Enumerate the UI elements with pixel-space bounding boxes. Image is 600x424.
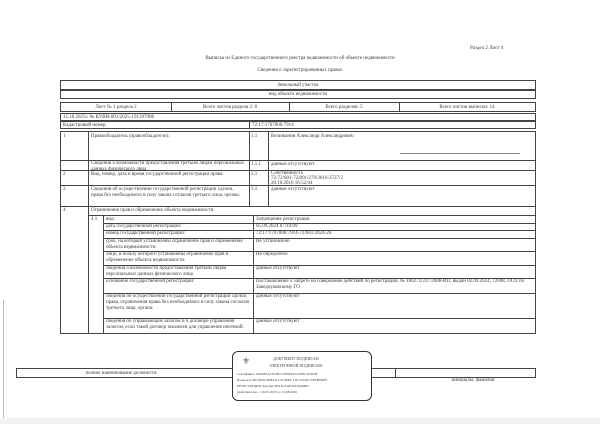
object-type: Земельный участок xyxy=(61,83,535,89)
object-type-box: Земельный участок xyxy=(60,80,536,90)
document-title: Выписка из Единого государственного реес… xyxy=(100,56,500,62)
row-1-label: Правообладатель (правообладатели): xyxy=(91,134,246,140)
row-3-num: 3 xyxy=(63,187,66,193)
restriction-kind-label: вид: xyxy=(106,217,115,223)
total-section-sheets: Всего листов раздела 2: 8 xyxy=(171,105,289,111)
sheet-info-row: Лист № 1 раздела 2 Всего листов раздела … xyxy=(60,102,536,112)
electronic-signature-seal: ⚜ ДОКУМЕНТ ПОДПИСАН ЭЛЕКТРОННОЙ ПОДПИСЬЮ… xyxy=(232,351,372,401)
restrictions-title: Ограничение прав и обременение объекта н… xyxy=(91,208,215,214)
row-1-num: 1 xyxy=(63,134,66,140)
row-4-num: 4 xyxy=(63,208,66,214)
restriction-number-label: номер государственной регистрации: xyxy=(106,231,185,237)
restriction-consent-label: сведения об осуществлении государственно… xyxy=(106,294,252,312)
restriction-kind: Запрещение регистрации xyxy=(256,217,310,223)
seal-owner-cont: РЕГИСТРАЦИИ, КАДАСТРА И КАРТОГРАФИИ xyxy=(237,384,309,388)
cadastral-label: Кадастровый номер: xyxy=(63,123,107,129)
page-edge xyxy=(3,300,4,424)
restriction-pledge: данные отсутствуют xyxy=(256,319,299,325)
sheet-number: Лист № 1 раздела 2 xyxy=(61,105,171,111)
restriction-date-label: дата государственной регистрации: xyxy=(106,224,181,230)
section-sheet-label: Раздел 2 Лист 4 xyxy=(470,46,503,52)
row-3-label: Сведения об осуществлении государственно… xyxy=(91,187,246,199)
restriction-basis: Постановление о запрете на совершение де… xyxy=(256,279,534,291)
seal-line-2: ЭЛЕКТРОННОЙ ПОДПИСЬЮ xyxy=(269,364,323,368)
doc-ref-row: 15.10.2025г. № КУВИ-001/2025-191397908 xyxy=(60,113,536,121)
seal-owner: Владелец: ФЕДЕРАЛЬНАЯ СЛУЖБА ГОСУДАРСТВЕ… xyxy=(237,378,327,382)
object-caption-box: вид объекта недвижимости xyxy=(60,90,536,99)
seal-line-1: ДОКУМЕНТ ПОДПИСАН xyxy=(273,357,319,361)
row-3-sub: 3.1 xyxy=(251,187,257,193)
document-subtitle: Сведения о зарегистрированных правах xyxy=(100,68,500,74)
total-sections: Всего разделов: 5 xyxy=(289,105,399,111)
position-caption: полное наименование должности xyxy=(16,371,226,377)
restriction-beneficiary: Не определено xyxy=(256,252,288,258)
coat-of-arms-icon: ⚜ xyxy=(242,355,252,367)
restriction-date: 05.09.2024 07:44:09 xyxy=(256,224,298,230)
name-caption: инициалы, фамилия xyxy=(410,378,536,384)
row-2-num: 2 xyxy=(63,172,66,178)
row-111-value: данные отсутствуют xyxy=(271,162,314,168)
seal-certificate: Сертификат: 00A8E5A21F4B7C6D9E0F1A2B3C4D… xyxy=(237,372,318,376)
restriction-beneficiary-label: лицо, в пользу которого установлены огра… xyxy=(106,252,252,264)
row-3-value: данные отсутствуют xyxy=(271,187,314,193)
row-111-sub: 1.1.1 xyxy=(251,162,261,168)
rightholder-name: Велижанин Александр Александрович xyxy=(271,134,354,140)
seal-validity: Действителен: с 20.05.2025 по 13.08.2026 xyxy=(237,390,297,394)
restriction-pd: данные отсутствуют xyxy=(256,266,299,272)
restriction-consent: данные отсутствуют xyxy=(256,294,299,300)
object-type-caption: вид объекта недвижимости xyxy=(61,92,535,98)
restriction-pledge-label: сведения об управляющем залогом и о дого… xyxy=(106,319,252,331)
cadastral-number: 72:17:1707006:7914 xyxy=(252,123,294,129)
restriction-basis-label: основание государственной регистрации: xyxy=(106,279,252,285)
restriction-pd-label: сведения о возможности предоставления тр… xyxy=(106,266,252,278)
page-bottom-edge xyxy=(0,418,600,424)
restriction-number: 72:17:1707006:7914-72/041/2024-26 xyxy=(256,231,331,237)
row-2-label: Вид, номер, дата и время государственной… xyxy=(91,172,246,178)
restriction-sub: 4.1 xyxy=(91,217,97,223)
cadastral-row: Кадастровый номер: 72:17:1707006:7914 xyxy=(60,121,536,129)
restriction-term-label: срок, на который установлены ограничение… xyxy=(106,239,252,251)
row-2-sub: 2.1 xyxy=(251,172,257,178)
total-sheets: Всего листов выписки: 14 xyxy=(399,105,535,111)
row-1-sub: 1.1 xyxy=(251,134,257,140)
restriction-term: Не установлено xyxy=(256,239,290,245)
